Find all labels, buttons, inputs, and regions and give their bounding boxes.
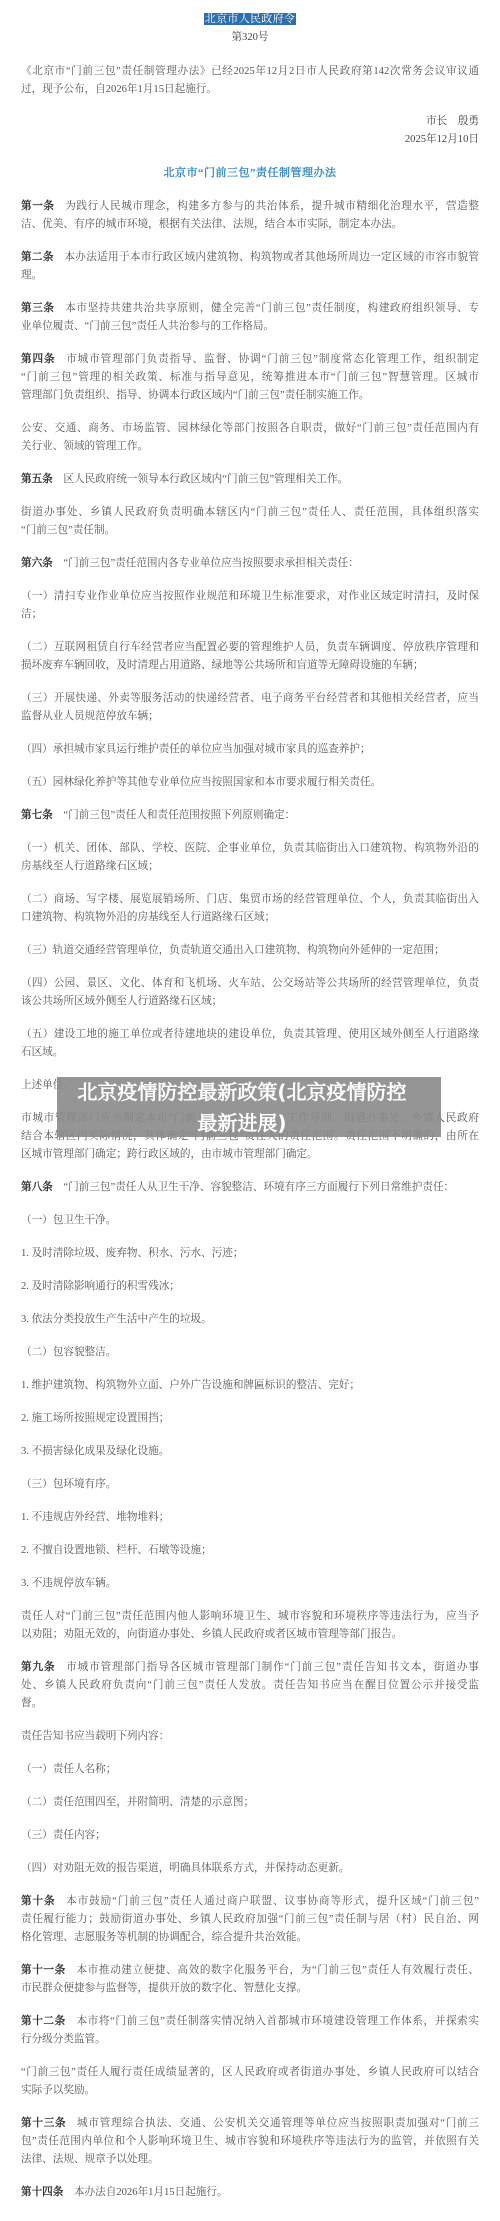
line-text: 市城市管理部门指导各区城市管理部门制作“门前三包”责任告知书文本，街道办事 bbox=[66, 1662, 479, 1673]
text-line: （三）轨道交通经营管理单位，负责轨道交通出入口建筑物、构筑物向外延伸的一定范围； bbox=[21, 942, 479, 960]
line-text: “门前三包”责任范围内各专业单位应当按照要求承担相关责任： bbox=[63, 558, 358, 569]
line-text: 区人民政府统一领导本行政区域内“门前三包”管理相关工作。 bbox=[63, 474, 348, 485]
text-line: 以劝阻；劝阻无效的，向街道办事处、乡镇人民政府或者区城市管理等部门报告。 bbox=[21, 1626, 479, 1644]
overlay-title-line: 北京疫情防控最新政策(北京疫情防控 bbox=[57, 1077, 427, 1108]
text-line: 第二条本办法适用于本市行政区域内建筑物、构筑物或者其他场所周边一定区域的市容市貌… bbox=[21, 249, 479, 267]
line-text: （二）商场、写字楼、展览展销场所、门店、集贸市场的经营管理单位、个人，负责其临街… bbox=[21, 894, 479, 905]
line-text: 3. 不损害绿化成果及绿化设施。 bbox=[21, 1446, 169, 1457]
line-text: （二）互联网租赁自行车经营者应当配置必要的管理维护人员，负责车辆调度、停放秩序管… bbox=[21, 642, 479, 653]
text-line: 《北京市“门前三包”责任制管理办法》已经2025年12月2日市人民政府第142次… bbox=[21, 63, 479, 81]
text-line: “门前三包”责任制。 bbox=[21, 522, 479, 540]
body-paragraph: （三）包环境有序。 bbox=[21, 1476, 479, 1494]
article-label: 第十一条 bbox=[21, 1965, 66, 1976]
body-paragraph: （四）承担城市家具运行维护责任的单位应当加强对城市家具的巡查养护； bbox=[21, 741, 479, 759]
line-text: （五）园林绿化养护等其他专业单位应当按照国家和本市要求履行相关责任。 bbox=[21, 777, 381, 788]
body-paragraph: （五）园林绿化养护等其他专业单位应当按照国家和本市要求履行相关责任。 bbox=[21, 774, 479, 792]
line-text: 监督从业人员规范停放车辆； bbox=[21, 711, 159, 722]
article-label: 第九条 bbox=[21, 1662, 56, 1673]
regulation-title: 北京市“门前三包”责任制管理办法 bbox=[21, 164, 479, 182]
text-line: 处、乡镇人民政府负责向“门前三包”责任人发放。责任告知书应当在醒目位置公示并接受… bbox=[21, 1677, 479, 1695]
article-paragraph: 第九条市城市管理部门指导各区城市管理部门制作“门前三包”责任告知书文本，街道办事… bbox=[21, 1659, 479, 1713]
body-paragraph: （一）包卫生干净。 bbox=[21, 1212, 479, 1230]
line-text: （一）机关、团体、部队、学校、医院、企事业单位，负责其临街出入口建筑物、构筑物外… bbox=[21, 843, 479, 854]
text-line: （三）责任内容； bbox=[21, 1827, 479, 1845]
line-text: （三）开展快递、外卖等服务活动的快递经营者、电子商务平台经营者和其他相关经营者，… bbox=[21, 693, 479, 704]
text-line: （三）开展快递、外卖等服务活动的快递经营者、电子商务平台经营者和其他相关经营者，… bbox=[21, 690, 479, 708]
text-line: 1. 维护建筑物、构筑物外立面、户外广告设施和牌匾标识的整洁、完好； bbox=[21, 1377, 479, 1395]
article-paragraph: 第十二条本市将“门前三包”责任制落实情况纳入首都城市环境建设管理工作体系，并探索… bbox=[21, 2013, 479, 2049]
article-paragraph: 第四条市城市管理部门负责指导、监督、协调“门前三包”制度常态化管理工作，组织制定… bbox=[21, 351, 479, 405]
text-line: 责任人对“门前三包”责任范围内他人影响环境卫生、城市容貌和环境秩序等违法行为，应… bbox=[21, 1608, 479, 1626]
text-line: 管理部门负责组织、指导、协调本行政区域内“门前三包”责任制实施工作。 bbox=[21, 387, 479, 405]
line-text: 1. 及时清除垃圾、废弃物、积水、污水、污迹； bbox=[21, 1248, 243, 1259]
promulgation-paragraph: 《北京市“门前三包”责任制管理办法》已经2025年12月2日市人民政府第142次… bbox=[21, 63, 479, 99]
article-paragraph: 第十一条本市推动建立便捷、高效的数字化服务平台，为“门前三包”责任人有效履行责任… bbox=[21, 1962, 479, 1998]
text-line: （一）包卫生干净。 bbox=[21, 1212, 479, 1230]
line-text: 2. 及时清除影响通行的积雪残冰； bbox=[21, 1281, 180, 1292]
text-line: 区城市管理部门确定；跨行政区域的，由市城市管理部门确定。 bbox=[21, 1146, 479, 1164]
text-line: （四）公园、景区、文化、体育和飞机场、火车站、公交场站等公共场所的经营管理单位，… bbox=[21, 975, 479, 993]
body-paragraph: 街道办事处、乡镇人民政府负责明确本辖区内“门前三包”责任人、责任范围，具体组织落… bbox=[21, 504, 479, 540]
line-text: “门前三包”责任人履行责任成绩显著的，区人民政府或者街道办事处、乡镇人民政府可以… bbox=[21, 2067, 479, 2078]
body-paragraph: （二）责任范围四至，并附简明、清楚的示意图； bbox=[21, 1794, 479, 1812]
line-text: （三）包环境有序。 bbox=[21, 1479, 116, 1490]
text-line: 第十四条本办法自2026年1月15日起施行。 bbox=[21, 2184, 479, 2202]
line-text: （四）承担城市家具运行维护责任的单位应当加强对城市家具的巡查养护； bbox=[21, 744, 371, 755]
text-line: 行分级分类监管。 bbox=[21, 2031, 479, 2049]
body-paragraph: 2. 不擅自设置地锁、栏杆、石墩等设施； bbox=[21, 1542, 479, 1560]
line-text: （一）清扫专业作业单位应当按照作业规范和环境卫生标准要求，对作业区域定时清扫，及… bbox=[21, 591, 479, 602]
line-text: “门前三包”责任制。 bbox=[21, 525, 115, 536]
line-text: 1. 不违规店外经营、堆物堆料； bbox=[21, 1512, 169, 1523]
text-line: 业单位履责、“门前三包”责任人共治参与的工作格局。 bbox=[21, 318, 479, 336]
body-paragraph: （二）互联网租赁自行车经营者应当配置必要的管理维护人员，负责车辆调度、停放秩序管… bbox=[21, 639, 479, 675]
news-headline-overlay: 北京疫情防控最新政策(北京疫情防控 最新进展) bbox=[57, 1077, 441, 1137]
text-line: 该公共场所区域外侧至人行道路缘石区域； bbox=[21, 993, 479, 1011]
text-line: 2. 及时清除影响通行的积雪残冰； bbox=[21, 1278, 479, 1296]
line-text: 口建筑物、构筑物外沿的房基线至人行道路缘石区域； bbox=[21, 912, 275, 923]
line-text: 管理部门负责组织、指导、协调本行政区域内“门前三包”责任制实施工作。 bbox=[21, 390, 369, 401]
text-line: 口建筑物、构筑物外沿的房基线至人行道路缘石区域； bbox=[21, 909, 479, 927]
body-paragraph: （三）轨道交通经营管理单位，负责轨道交通出入口建筑物、构筑物向外延伸的一定范围； bbox=[21, 942, 479, 960]
line-text: （四）公园、景区、文化、体育和飞机场、火车站、公交场站等公共场所的经营管理单位，… bbox=[21, 978, 479, 989]
text-line: 督。 bbox=[21, 1695, 479, 1713]
article-label: 第六条 bbox=[21, 558, 53, 569]
body-paragraph: 3. 不损害绿化成果及绿化设施。 bbox=[21, 1443, 479, 1461]
line-text: 督。 bbox=[21, 1698, 42, 1709]
text-line: （四）对劝阻无效的报告渠道，明确具体联系方式，并保持动态更新。 bbox=[21, 1860, 479, 1878]
text-line: 公安、交通、商务、市场监管、园林绿化等部门按照各自职责，做好“门前三包”责任范围… bbox=[21, 420, 479, 438]
line-text: 处、乡镇人民政府负责向“门前三包”责任人发放。责任告知书应当在醒目位置公示并接受… bbox=[21, 1680, 479, 1691]
text-line: 房基线至人行道路缘石区域； bbox=[21, 858, 479, 876]
body-paragraph: （五）建设工地的施工单位或者待建地块的建设单位，负责其管理、使用区域外侧至人行道… bbox=[21, 1026, 479, 1062]
line-text: 本办法适用于本市行政区域内建筑物、构筑物或者其他场所周边一定区域的市容市貌管 bbox=[64, 252, 479, 263]
article-paragraph: 第五条区人民政府统一领导本行政区域内“门前三包”管理相关工作。 bbox=[21, 471, 479, 489]
article-paragraph: 第六条“门前三包”责任范围内各专业单位应当按照要求承担相关责任： bbox=[21, 555, 479, 573]
text-line: （二）包容貌整洁。 bbox=[21, 1344, 479, 1362]
text-line: 市民群众便捷参与监督等，提供开放的数字化、智慧化支撑。 bbox=[21, 1980, 479, 1998]
body-paragraph: 公安、交通、商务、市场监管、园林绿化等部门按照各自职责，做好“门前三包”责任范围… bbox=[21, 420, 479, 456]
article-label: 第三条 bbox=[21, 303, 55, 314]
article-label: 第八条 bbox=[21, 1182, 53, 1193]
signature-block: 市长殷勇 2025年12月10日 bbox=[21, 113, 479, 149]
text-line: （二）商场、写字楼、展览展销场所、门店、集贸市场的经营管理单位、个人，负责其临街… bbox=[21, 891, 479, 909]
line-text: 区城市管理部门确定；跨行政区域的，由市城市管理部门确定。 bbox=[21, 1149, 318, 1160]
text-line: 3. 不违规停放车辆。 bbox=[21, 1575, 479, 1593]
line-text: “门前三包”责任人和责任范围按照下列原则确定： bbox=[63, 810, 295, 821]
overlay-title-line: 最新进展) bbox=[57, 1108, 427, 1137]
line-text: 责任告知书应当载明下列内容： bbox=[21, 1731, 169, 1742]
body-paragraph: “门前三包”责任人履行责任成绩显著的，区人民政府或者街道办事处、乡镇人民政府可以… bbox=[21, 2064, 479, 2100]
line-text: 洁； bbox=[21, 609, 42, 620]
line-text: 洁、优美、有序的城市环境，根据有关法律、法规，结合本市实际，制定本办法。 bbox=[21, 219, 402, 230]
text-line: 责任履行能力；鼓励街道办事处、乡镇人民政府加强“门前三包”责任制与居（村）民自治… bbox=[21, 1911, 479, 1929]
text-line: 3. 不损害绿化成果及绿化设施。 bbox=[21, 1443, 479, 1461]
text-line: 第三条本市坚持共建共治共享原则，健全完善“门前三包”责任制度，构建政府组织领导、… bbox=[21, 300, 479, 318]
line-text: 本市将“门前三包”责任制落实情况纳入首都城市环境建设管理工作体系，并探索实 bbox=[76, 2016, 479, 2027]
line-text: 3. 依法分类投放生产生活中产生的垃圾。 bbox=[21, 1314, 212, 1325]
line-text: 本市鼓励“门前三包”责任人通过商户联盟、议事协商等形式，提升区域“门前三包” bbox=[66, 1896, 479, 1907]
line-text: 行分级分类监管。 bbox=[21, 2034, 106, 2045]
text-line: 3. 依法分类投放生产生活中产生的垃圾。 bbox=[21, 1311, 479, 1329]
text-line: “门前三包”责任人履行责任成绩显著的，区人民政府或者街道办事处、乡镇人民政府可以… bbox=[21, 2064, 479, 2082]
text-line: “门前三包”管理的相关政策、标准与指导意见，统筹推进本市“门前三包”智慧管理。区… bbox=[21, 369, 479, 387]
body-paragraph: 2. 施工场所按照规定设置围挡； bbox=[21, 1410, 479, 1428]
article-label: 第十二条 bbox=[21, 2016, 66, 2027]
text-line: 法律、法规、规章予以处理。 bbox=[21, 2151, 479, 2169]
line-text: 该公共场所区域外侧至人行道路缘石区域； bbox=[21, 996, 222, 1007]
article-label: 第十三条 bbox=[21, 2118, 66, 2129]
text-line: 1. 及时清除垃圾、废弃物、积水、污水、污迹； bbox=[21, 1245, 479, 1263]
body-paragraph: （四）公园、景区、文化、体育和飞机场、火车站、公交场站等公共场所的经营管理单位，… bbox=[21, 975, 479, 1011]
line-text: 损坏废弃车辆回收，及时清理占用道路、绿地等公共场所和盲道等无障碍设施的车辆； bbox=[21, 660, 424, 671]
text-line: 2. 不擅自设置地锁、栏杆、石墩等设施； bbox=[21, 1542, 479, 1560]
text-line: 第六条“门前三包”责任范围内各专业单位应当按照要求承担相关责任： bbox=[21, 555, 479, 573]
signer-title: 市长 bbox=[426, 116, 447, 127]
line-text: （三）轨道交通经营管理单位，负责轨道交通出入口建筑物、构筑物向外延伸的一定范围； bbox=[21, 945, 445, 956]
text-line: 第十一条本市推动建立便捷、高效的数字化服务平台，为“门前三包”责任人有效履行责任… bbox=[21, 1962, 479, 1980]
line-text: 市民群众便捷参与监督等，提供开放的数字化、智慧化支撑。 bbox=[21, 1983, 307, 1994]
line-text: “门前三包”责任人从卫生干净、容貌整洁、环境有序三方面履行下列日常维护责任： bbox=[63, 1182, 454, 1193]
body-paragraph: 1. 维护建筑物、构筑物外立面、户外广告设施和牌匾标识的整洁、完好； bbox=[21, 1377, 479, 1395]
article-label: 第十四条 bbox=[21, 2187, 63, 2198]
article-label: 第七条 bbox=[21, 810, 53, 821]
body-paragraph: （四）对劝阻无效的报告渠道，明确具体联系方式，并保持动态更新。 bbox=[21, 1860, 479, 1878]
line-text: 1. 维护建筑物、构筑物外立面、户外广告设施和牌匾标识的整洁、完好； bbox=[21, 1380, 360, 1391]
line-text: （三）责任内容； bbox=[21, 1830, 106, 1841]
text-line: 第五条区人民政府统一领导本行政区域内“门前三包”管理相关工作。 bbox=[21, 471, 479, 489]
body-paragraph: 责任人对“门前三包”责任范围内他人影响环境卫生、城市容貌和环境秩序等违法行为，应… bbox=[21, 1608, 479, 1644]
line-text: 理。 bbox=[21, 270, 42, 281]
line-text: （二）责任范围四至，并附简明、清楚的示意图； bbox=[21, 1797, 254, 1808]
line-text: 责任人对“门前三包”责任范围内他人影响环境卫生、城市容貌和环境秩序等违法行为，应… bbox=[21, 1611, 479, 1622]
line-text: 格化管理、志愿服务等机制的协调配合，综合提升共治效能。 bbox=[21, 1932, 307, 1943]
article-paragraph: 第七条“门前三包”责任人和责任范围按照下列原则确定： bbox=[21, 807, 479, 825]
line-text: 本办法自2026年1月15日起施行。 bbox=[74, 2187, 228, 2198]
text-line: 第四条市城市管理部门负责指导、监督、协调“门前三包”制度常态化管理工作，组织制定 bbox=[21, 351, 479, 369]
line-text: 石区域。 bbox=[21, 1047, 63, 1058]
article-paragraph: 第一条为践行人民城市理念，构建多方参与的共治体系，提升城市精细化治理水平，营造整… bbox=[21, 198, 479, 234]
text-line: 1. 不违规店外经营、堆物堆料； bbox=[21, 1509, 479, 1527]
article-label: 第十条 bbox=[21, 1896, 56, 1907]
text-line: 第十条本市鼓励“门前三包”责任人通过商户联盟、议事协商等形式，提升区域“门前三包… bbox=[21, 1893, 479, 1911]
text-line: 洁、优美、有序的城市环境，根据有关法律、法规，结合本市实际，制定本办法。 bbox=[21, 216, 479, 234]
text-line: 2. 施工场所按照规定设置围挡； bbox=[21, 1410, 479, 1428]
text-line: 过，现予公布，自2026年1月15日起施行。 bbox=[21, 81, 479, 99]
text-line: 第十二条本市将“门前三包”责任制落实情况纳入首都城市环境建设管理工作体系，并探索… bbox=[21, 2013, 479, 2031]
text-line: （五）园林绿化养护等其他专业单位应当按照国家和本市要求履行相关责任。 bbox=[21, 774, 479, 792]
line-text: 本市坚持共建共治共享原则，健全完善“门前三包”责任制度，构建政府组织领导、专 bbox=[65, 303, 479, 314]
decree-header: 北京市人民政府令 bbox=[21, 13, 479, 25]
signer-name: 殷勇 bbox=[458, 116, 479, 127]
text-line: 监督从业人员规范停放车辆； bbox=[21, 708, 479, 726]
body-paragraph: （二）商场、写字楼、展览展销场所、门店、集贸市场的经营管理单位、个人，负责其临街… bbox=[21, 891, 479, 927]
line-text: 本市推动建立便捷、高效的数字化服务平台，为“门前三包”责任人有效履行责任、 bbox=[76, 1965, 479, 1976]
line-text: 业单位履责、“门前三包”责任人共治参与的工作格局。 bbox=[21, 321, 274, 332]
line-text: （四）对劝阻无效的报告渠道，明确具体联系方式，并保持动态更新。 bbox=[21, 1863, 349, 1874]
line-text: 市城市管理部门负责指导、监督、协调“门前三包”制度常态化管理工作，组织制定 bbox=[66, 354, 479, 365]
line-text: 法律、法规、规章予以处理。 bbox=[21, 2154, 159, 2165]
article-label: 第四条 bbox=[21, 354, 56, 365]
text-line: 洁； bbox=[21, 606, 479, 624]
body-paragraph: （二）包容貌整洁。 bbox=[21, 1344, 479, 1362]
article-label: 第二条 bbox=[21, 252, 54, 263]
text-line: 第十三条城市管理综合执法、交通、公安机关交通管理等单位应当按照职责加强对“门前三 bbox=[21, 2115, 479, 2133]
line-text: （二）包容貌整洁。 bbox=[21, 1347, 116, 1358]
text-line: 格化管理、志愿服务等机制的协调配合，综合提升共治效能。 bbox=[21, 1929, 479, 1947]
body-paragraph: （一）机关、团体、部队、学校、医院、企事业单位，负责其临街出入口建筑物、构筑物外… bbox=[21, 840, 479, 876]
line-text: 房基线至人行道路缘石区域； bbox=[21, 861, 159, 872]
article-list: 第一条为践行人民城市理念，构建多方参与的共治体系，提升城市精细化治理水平，营造整… bbox=[21, 198, 479, 2202]
text-line: 第九条市城市管理部门指导各区城市管理部门制作“门前三包”责任告知书文本，街道办事 bbox=[21, 1659, 479, 1677]
text-line: （一）机关、团体、部队、学校、医院、企事业单位，负责其临街出入口建筑物、构筑物外… bbox=[21, 840, 479, 858]
body-paragraph: （三）开展快递、外卖等服务活动的快递经营者、电子商务平台经营者和其他相关经营者，… bbox=[21, 690, 479, 726]
line-text: （一）责任人名称； bbox=[21, 1764, 116, 1775]
text-line: 包”责任范围内单位和个人影响环境卫生、城市容貌和环境秩序等违法行为的监管，并依照… bbox=[21, 2133, 479, 2151]
line-text: 2. 施工场所按照规定设置围挡； bbox=[21, 1413, 169, 1424]
line-text: 2. 不擅自设置地锁、栏杆、石墩等设施； bbox=[21, 1545, 212, 1556]
decree-number: 第320号 bbox=[21, 29, 479, 47]
article-paragraph: 第二条本办法适用于本市行政区域内建筑物、构筑物或者其他场所周边一定区域的市容市貌… bbox=[21, 249, 479, 285]
line-text: （五）建设工地的施工单位或者待建地块的建设单位，负责其管理、使用区域外侧至人行道… bbox=[21, 1029, 479, 1040]
body-paragraph: （一）清扫专业作业单位应当按照作业规范和环境卫生标准要求，对作业区域定时清扫，及… bbox=[21, 588, 479, 624]
line-text: 责任履行能力；鼓励街道办事处、乡镇人民政府加强“门前三包”责任制与居（村）民自治… bbox=[21, 1914, 479, 1925]
article-label: 第一条 bbox=[21, 201, 55, 212]
text-line: （一）责任人名称； bbox=[21, 1761, 479, 1779]
body-paragraph: 1. 不违规店外经营、堆物堆料； bbox=[21, 1509, 479, 1527]
text-line: （三）包环境有序。 bbox=[21, 1476, 479, 1494]
text-line: （二）责任范围四至，并附简明、清楚的示意图； bbox=[21, 1794, 479, 1812]
line-text: 关行业、领域的管理工作。 bbox=[21, 441, 148, 452]
article-paragraph: 第十四条本办法自2026年1月15日起施行。 bbox=[21, 2184, 479, 2202]
text-line: 石区域。 bbox=[21, 1044, 479, 1062]
body-paragraph: 2. 及时清除影响通行的积雪残冰； bbox=[21, 1278, 479, 1296]
line-text: “门前三包”管理的相关政策、标准与指导意见，统筹推进本市“门前三包”智慧管理。区… bbox=[21, 372, 479, 383]
article-paragraph: 第十三条城市管理综合执法、交通、公安机关交通管理等单位应当按照职责加强对“门前三… bbox=[21, 2115, 479, 2169]
line-text: 包”责任范围内单位和个人影响环境卫生、城市容貌和环境秩序等违法行为的监管，并依照… bbox=[21, 2136, 479, 2147]
article-paragraph: 第八条“门前三包”责任人从卫生干净、容貌整洁、环境有序三方面履行下列日常维护责任… bbox=[21, 1179, 479, 1197]
line-text: 城市管理综合执法、交通、公安机关交通管理等单位应当按照职责加强对“门前三 bbox=[77, 2118, 479, 2129]
body-paragraph: （一）责任人名称； bbox=[21, 1761, 479, 1779]
line-text: 街道办事处、乡镇人民政府负责明确本辖区内“门前三包”责任人、责任范围，具体组织落… bbox=[21, 507, 479, 518]
text-line: （二）互联网租赁自行车经营者应当配置必要的管理维护人员，负责车辆调度、停放秩序管… bbox=[21, 639, 479, 657]
text-line: 理。 bbox=[21, 267, 479, 285]
text-line: 第八条“门前三包”责任人从卫生干净、容貌整洁、环境有序三方面履行下列日常维护责任… bbox=[21, 1179, 479, 1197]
body-paragraph: 1. 及时清除垃圾、废弃物、积水、污水、污迹； bbox=[21, 1245, 479, 1263]
decree-title: 北京市人民政府令 bbox=[204, 13, 296, 25]
text-line: （四）承担城市家具运行维护责任的单位应当加强对城市家具的巡查养护； bbox=[21, 741, 479, 759]
line-text: 实际予以奖励。 bbox=[21, 2085, 95, 2096]
body-paragraph: 3. 不违规停放车辆。 bbox=[21, 1575, 479, 1593]
text-line: （五）建设工地的施工单位或者待建地块的建设单位，负责其管理、使用区域外侧至人行道… bbox=[21, 1026, 479, 1044]
body-paragraph: 责任告知书应当载明下列内容： bbox=[21, 1728, 479, 1746]
signature-date: 2025年12月10日 bbox=[21, 131, 479, 149]
text-line: 损坏废弃车辆回收，及时清理占用道路、绿地等公共场所和盲道等无障碍设施的车辆； bbox=[21, 657, 479, 675]
line-text: 以劝阻；劝阻无效的，向街道办事处、乡镇人民政府或者区城市管理等部门报告。 bbox=[21, 1629, 402, 1640]
text-line: 第一条为践行人民城市理念，构建多方参与的共治体系，提升城市精细化治理水平，营造整 bbox=[21, 198, 479, 216]
line-text: （一）包卫生干净。 bbox=[21, 1215, 116, 1226]
line-text: 公安、交通、商务、市场监管、园林绿化等部门按照各自职责，做好“门前三包”责任范围… bbox=[21, 423, 479, 434]
text-line: 街道办事处、乡镇人民政府负责明确本辖区内“门前三包”责任人、责任范围，具体组织落… bbox=[21, 504, 479, 522]
text-line: 责任告知书应当载明下列内容： bbox=[21, 1728, 479, 1746]
article-paragraph: 第十条本市鼓励“门前三包”责任人通过商户联盟、议事协商等形式，提升区域“门前三包… bbox=[21, 1893, 479, 1947]
text-line: （一）清扫专业作业单位应当按照作业规范和环境卫生标准要求，对作业区域定时清扫，及… bbox=[21, 588, 479, 606]
signer: 市长殷勇 bbox=[21, 113, 479, 131]
line-text: 为践行人民城市理念，构建多方参与的共治体系，提升城市精细化治理水平，营造整 bbox=[65, 201, 479, 212]
text-line: 关行业、领域的管理工作。 bbox=[21, 438, 479, 456]
body-paragraph: 3. 依法分类投放生产生活中产生的垃圾。 bbox=[21, 1311, 479, 1329]
article-label: 第五条 bbox=[21, 474, 53, 485]
article-paragraph: 第三条本市坚持共建共治共享原则，健全完善“门前三包”责任制度，构建政府组织领导、… bbox=[21, 300, 479, 336]
text-line: 实际予以奖励。 bbox=[21, 2082, 479, 2100]
line-text: 3. 不违规停放车辆。 bbox=[21, 1578, 116, 1589]
body-paragraph: （三）责任内容； bbox=[21, 1827, 479, 1845]
text-line: 第七条“门前三包”责任人和责任范围按照下列原则确定： bbox=[21, 807, 479, 825]
